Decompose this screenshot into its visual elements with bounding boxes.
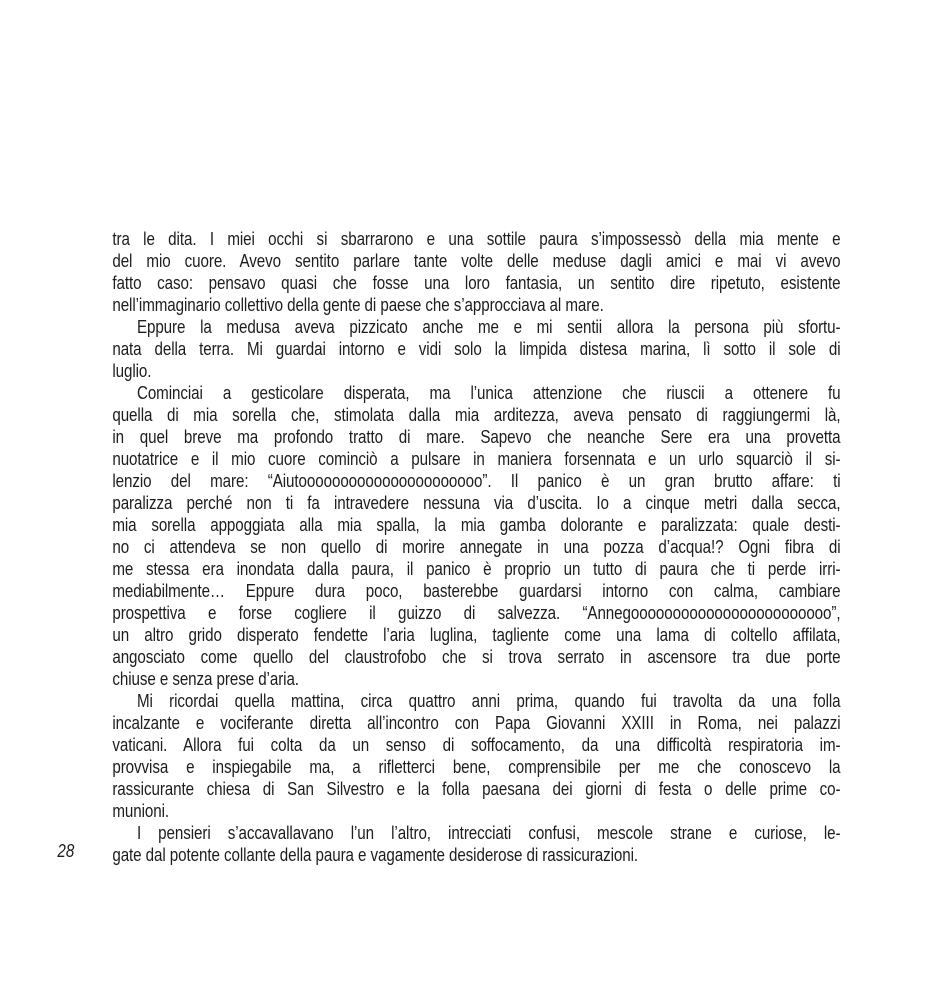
text-line: nata della terra. Mi guardai intorno e v… (112, 338, 840, 360)
page-number: 28 (57, 840, 74, 862)
text-line: un altro grido disperato fendette l’aria… (112, 624, 840, 646)
text-line: nell’immaginario collettivo della gente … (112, 294, 840, 316)
text-line: quella di mia sorella che, stimolata dal… (112, 404, 840, 426)
text-line: provvisa e inspiegabile ma, a rifletterc… (112, 756, 840, 778)
text-line: nuotatrice e il mio cuore cominciò a pul… (112, 448, 840, 470)
text-line: lenzio del mare: “Aiutoooooooooooooooooo… (112, 470, 840, 492)
text-line: paralizza perché non ti fa intravedere n… (112, 492, 840, 514)
text-line: Cominciai a gesticolare disperata, ma l’… (112, 382, 840, 404)
text-line: no ci attendeva se non quello di morire … (112, 536, 840, 558)
paragraph: I pensieri s’accavallavano l’un l’altro,… (112, 822, 840, 866)
text-line: chiuse e senza prese d’aria. (112, 668, 840, 690)
paragraph: Mi ricordai quella mattina, circa quattr… (112, 690, 840, 822)
text-line: mia sorella appoggiata alla mia spalla, … (112, 514, 840, 536)
text-line: in quel breve ma profondo tratto di mare… (112, 426, 840, 448)
text-block: tra le dita. I miei occhi si sbarrarono … (112, 228, 840, 866)
text-line: Eppure la medusa aveva pizzicato anche m… (112, 316, 840, 338)
paragraph: tra le dita. I miei occhi si sbarrarono … (112, 228, 840, 316)
text-line: Mi ricordai quella mattina, circa quattr… (112, 690, 840, 712)
page-content: 28 tra le dita. I miei occhi si sbarraro… (0, 0, 942, 1000)
paragraph: Eppure la medusa aveva pizzicato anche m… (112, 316, 840, 382)
text-line: gate dal potente collante della paura e … (112, 844, 840, 866)
text-line: I pensieri s’accavallavano l’un l’altro,… (112, 822, 840, 844)
text-line: prospettiva e forse cogliere il guizzo d… (112, 602, 840, 624)
text-line: angosciato come quello del claustrofobo … (112, 646, 840, 668)
text-line: luglio. (112, 360, 840, 382)
text-line: me stessa era inondata dalla paura, il p… (112, 558, 840, 580)
text-line: del mio cuore. Avevo sentito parlare tan… (112, 250, 840, 272)
text-line: vaticani. Allora fui colta da un senso d… (112, 734, 840, 756)
text-line: munioni. (112, 800, 840, 822)
text-line: mediabilmente… Eppure dura poco, bastere… (112, 580, 840, 602)
text-line: tra le dita. I miei occhi si sbarrarono … (112, 228, 840, 250)
book-page: 28 tra le dita. I miei occhi si sbarraro… (0, 0, 942, 1000)
text-line: fatto caso: pensavo quasi che fosse una … (112, 272, 840, 294)
text-line: rassicurante chiesa di San Silvestro e l… (112, 778, 840, 800)
paragraph: Cominciai a gesticolare disperata, ma l’… (112, 382, 840, 690)
text-line: incalzante e vociferante diretta all’inc… (112, 712, 840, 734)
